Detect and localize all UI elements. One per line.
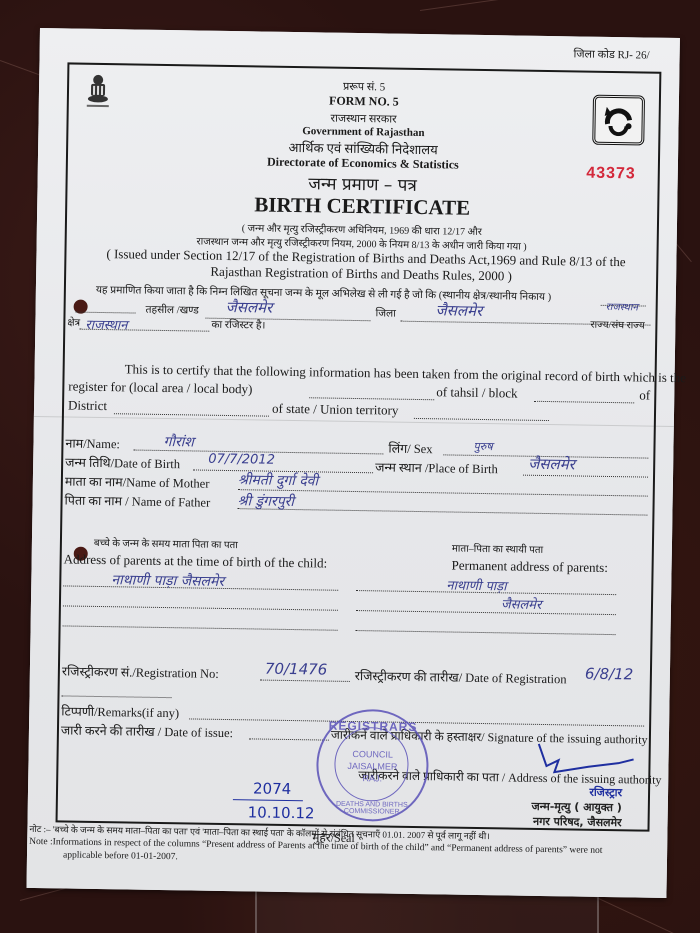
father-name-value: श्री डुंगरपुरी [237, 491, 294, 511]
state-value: राजस्थान [606, 299, 639, 314]
tahsil-value: जैसलमेर [225, 297, 272, 318]
address-line [356, 599, 616, 615]
seal-bottom-text: DEATHS AND BIRTHS COMMISSIONER [318, 800, 426, 816]
issue-date-number: 2074 [253, 779, 291, 798]
registration-date-value: 6/8/12 [585, 665, 634, 684]
address-line [356, 619, 616, 635]
permanent-address-hindi: माता–पिता का स्थायी पता [452, 541, 543, 556]
signature-mark [528, 742, 639, 784]
address-at-birth-label: Address of parents at the time of birth … [64, 551, 328, 571]
authority-line-1: रजिस्ट्रार [532, 784, 623, 800]
registration-date-label: रजिस्ट्रीकरण की तारीख/ Date of Registrat… [355, 667, 567, 687]
permanent-address-value-1: नाथाणी पाड़ा [446, 575, 507, 594]
area-value: राजस्थान [85, 315, 127, 334]
father-name-label: पिता का नाम / Name of Father [64, 491, 210, 510]
registration-no-value: 70/1476 [265, 660, 328, 679]
mother-name-value: श्रीमती दुर्गा देवी [238, 470, 318, 490]
certify-hindi-line: यह प्रमाणित किया जाता है कि निम्न लिखित … [96, 283, 551, 304]
certify-english-line-3b: of state / Union territory [272, 401, 399, 419]
blank-line [114, 402, 269, 416]
district-label: जिला [375, 306, 396, 320]
permanent-address-value-2: जैसलमेर [501, 594, 542, 613]
certify-english-line-2b: of tahsil / block [436, 384, 517, 401]
area-label: क्षेत्र [67, 314, 80, 328]
name-label: नाम/Name: [65, 434, 120, 452]
address-at-birth-hindi: बच्चे के जन्म के समय माता पिता का पता [94, 535, 238, 551]
authority-line-2: जन्म-मृत्यु ( आयुक्त ) [531, 799, 622, 815]
pob-value: जैसलमेर [528, 454, 575, 475]
sex-value: पुरुष [473, 439, 492, 454]
blank-line [414, 407, 549, 421]
certify-english-line-3a: District [68, 397, 107, 414]
district-code: जिला कोड RJ- 26/ [573, 46, 649, 62]
issue-date-label: जारी करने की तारीख / Date of issue: [61, 721, 233, 741]
fraction-line [233, 799, 303, 801]
register-suffix: का रजिस्टर है। [211, 318, 265, 333]
birth-certificate: जिला कोड RJ- 26/ 43373 प्ररूप सं. 5 FORM… [26, 28, 679, 898]
seal-middle-2: JAISALMER [318, 760, 426, 772]
dob-label: जन्म तिथि/Date of Birth [65, 453, 180, 472]
certify-english-line-2a: register for (local area / local body) [68, 378, 252, 397]
remarks-label: टिप्पणी/Remarks(if any) [61, 702, 179, 721]
registration-no-label: रजिस्ट्रीकरण सं./Registration No: [62, 662, 219, 681]
address-line [63, 594, 338, 610]
registrar-seal: REGISTRARS COUNCIL JAISALMER RAJ. DEATHS… [316, 708, 430, 822]
blank-line [534, 390, 634, 404]
certificate-border: 43373 प्ररूप सं. 5 FORM NO. 5 राजस्थान स… [56, 62, 662, 831]
address-at-birth-value: नाथाणी पाड़ा जैसलमेर [111, 570, 224, 591]
name-value: गौरांश [163, 432, 194, 451]
issue-date-value: 10.10.12 [248, 803, 315, 822]
permanent-address-label: Permanent address of parents: [451, 558, 608, 576]
pob-label: जन्म स्थान /Place of Birth [375, 458, 498, 477]
address-line [63, 614, 338, 630]
blank-line [76, 301, 136, 314]
district-value: जैसलमेर [435, 300, 482, 321]
father-name-line [237, 497, 647, 515]
sex-label: लिंग/ Sex [388, 440, 432, 458]
seal-middle-1: COUNCIL [319, 748, 427, 760]
certify-english-line-2c: of [639, 387, 650, 403]
blank-line [309, 386, 434, 400]
authority-line-3: नगर परिषद, जैसलमेर [531, 814, 622, 830]
issue-date-line [249, 727, 329, 740]
authority-stamp: रजिस्ट्रार जन्म-मृत्यु ( आयुक्त ) नगर पर… [531, 784, 622, 830]
seal-middle-3: RAJ. [318, 772, 426, 784]
mother-name-label: माता का नाम/Name of Mother [65, 472, 210, 491]
blank-line [62, 684, 172, 698]
state-label: राज्य/संघ राज्य [590, 317, 645, 332]
tahsil-label: तहसील /खण्ड [145, 303, 198, 318]
leather-texture [420, 0, 579, 11]
dob-value: 07/7/2012 [208, 452, 275, 468]
